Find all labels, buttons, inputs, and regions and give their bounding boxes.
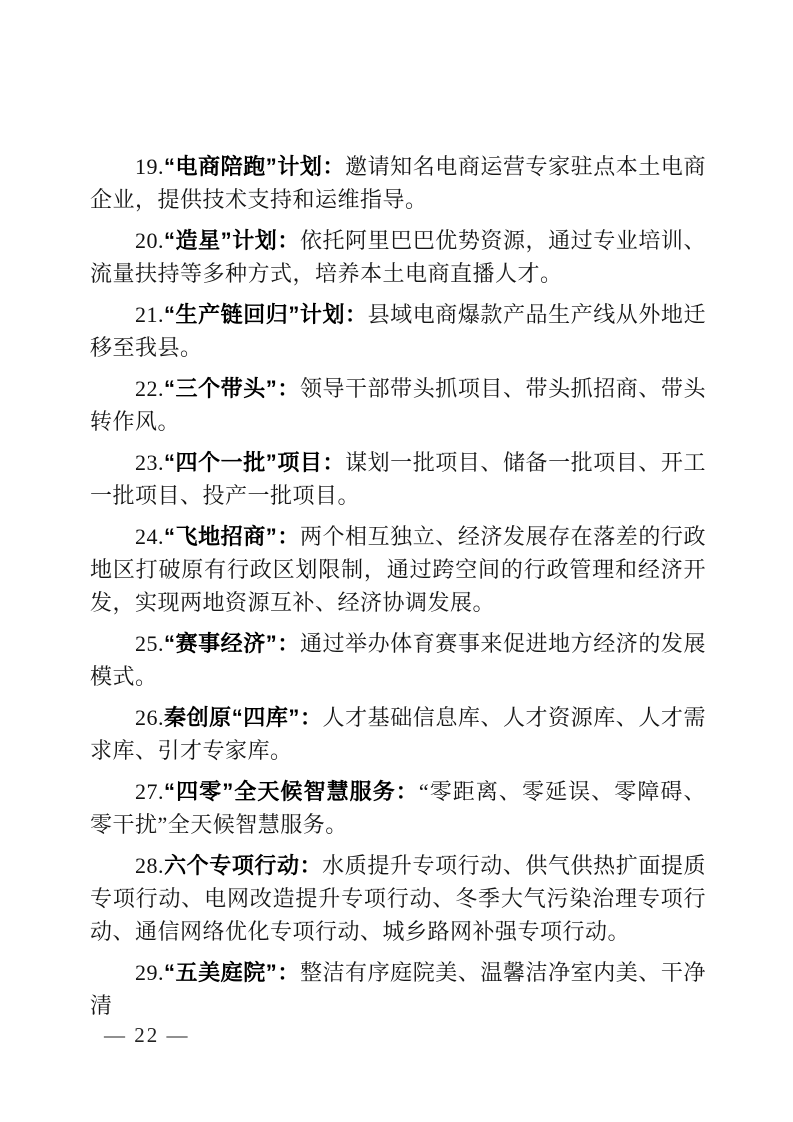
- item-term: “四零”全天候智慧服务：: [164, 779, 419, 804]
- item-term: “造星”计划：: [164, 228, 300, 253]
- item-number: 26.: [135, 705, 164, 730]
- item-number: 22.: [135, 376, 164, 401]
- item-number: 29.: [135, 960, 164, 985]
- glossary-item-19: 19.“电商陪跑”计划：邀请知名电商运营专家驻点本土电商企业，提供技术支持和运维…: [90, 150, 706, 216]
- glossary-item-22: 22.“三个带头”：领导干部带头抓项目、带头抓招商、带头转作风。: [90, 372, 706, 438]
- page-number: — 22 —: [104, 1023, 190, 1048]
- item-term: 六个专项行动：: [164, 853, 322, 878]
- item-number: 19.: [135, 154, 164, 179]
- item-term: “三个带头”：: [164, 376, 300, 401]
- document-page: 19.“电商陪跑”计划：邀请知名电商运营专家驻点本土电商企业，提供技术支持和运维…: [0, 0, 793, 1122]
- item-term: “五美庭院”：: [164, 960, 300, 985]
- glossary-item-27: 27.“四零”全天候智慧服务：“零距离、零延误、零障碍、零干扰”全天候智慧服务。: [90, 775, 706, 841]
- item-term: “电商陪跑”计划：: [164, 154, 345, 179]
- glossary-item-20: 20.“造星”计划：依托阿里巴巴优势资源，通过专业培训、流量扶持等多种方式，培养…: [90, 224, 706, 290]
- glossary-item-29: 29.“五美庭院”：整洁有序庭院美、温馨洁净室内美、干净清: [90, 956, 706, 1022]
- glossary-item-24: 24.“飞地招商”：两个相互独立、经济发展存在落差的行政地区打破原有行政区划限制…: [90, 520, 706, 619]
- item-term: “飞地招商”：: [164, 524, 300, 549]
- item-number: 27.: [135, 779, 164, 804]
- item-number: 20.: [135, 228, 164, 253]
- item-term: “赛事经济”：: [164, 631, 300, 656]
- glossary-item-21: 21.“生产链回归”计划：县域电商爆款产品生产线从外地迁移至我县。: [90, 298, 706, 364]
- glossary-item-28: 28.六个专项行动：水质提升专项行动、供气供热扩面提质专项行动、电网改造提升专项…: [90, 849, 706, 948]
- item-number: 28.: [135, 853, 164, 878]
- item-term: “四个一批”项目：: [164, 450, 345, 475]
- glossary-item-26: 26.秦创原“四库”：人才基础信息库、人才资源库、人才需求库、引才专家库。: [90, 701, 706, 767]
- item-term: 秦创原“四库”：: [164, 705, 323, 730]
- glossary-item-25: 25.“赛事经济”：通过举办体育赛事来促进地方经济的发展模式。: [90, 627, 706, 693]
- glossary-item-23: 23.“四个一批”项目：谋划一批项目、储备一批项目、开工一批项目、投产一批项目。: [90, 446, 706, 512]
- item-number: 21.: [135, 302, 164, 327]
- glossary-list: 19.“电商陪跑”计划：邀请知名电商运营专家驻点本土电商企业，提供技术支持和运维…: [90, 150, 706, 1022]
- item-term: “生产链回归”计划：: [164, 302, 368, 327]
- item-number: 23.: [135, 450, 164, 475]
- item-number: 24.: [135, 524, 164, 549]
- item-number: 25.: [135, 631, 164, 656]
